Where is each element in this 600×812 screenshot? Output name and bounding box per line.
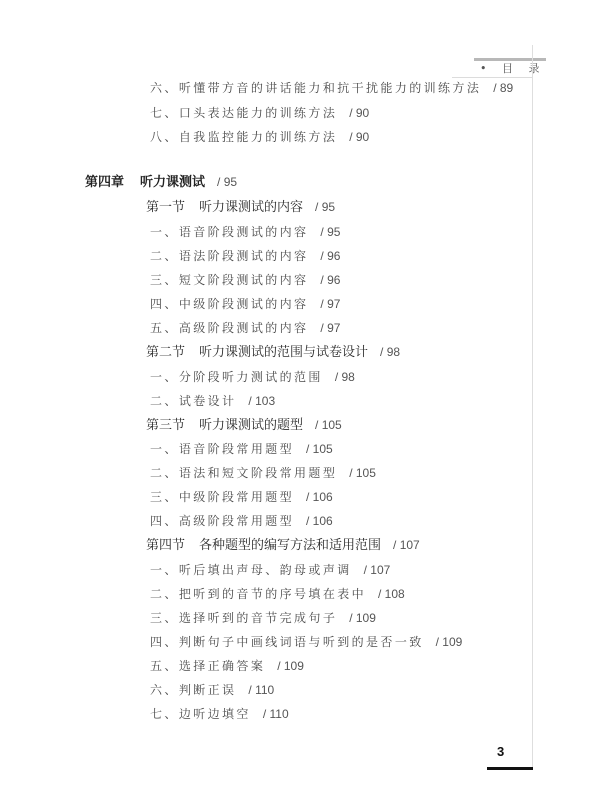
- toc-item-entry[interactable]: 三、短文阶段测试的内容/ 96: [150, 272, 340, 288]
- toc-entry-number: 四、: [150, 514, 179, 528]
- toc-entry-number: 第四节: [146, 538, 185, 553]
- toc-entry-page: / 95: [315, 200, 335, 214]
- toc-entry-number: 第三节: [146, 418, 185, 433]
- header-divider: [452, 77, 532, 78]
- toc-entry-number: 二、: [150, 249, 179, 263]
- toc-entry-number: 七、: [150, 707, 179, 721]
- toc-entry-number: 三、: [150, 611, 179, 625]
- toc-item-entry[interactable]: 六、听懂带方音的讲话能力和抗干扰能力的训练方法/ 89: [150, 80, 513, 96]
- toc-entry-number: 一、: [150, 370, 179, 384]
- toc-entry-number: 二、: [150, 394, 179, 408]
- toc-entry-page: / 98: [335, 370, 355, 384]
- toc-section-entry[interactable]: 第二节听力课测试的范围与试卷设计/ 98: [146, 344, 400, 361]
- toc-item-entry[interactable]: 一、分阶段听力测试的范围/ 98: [150, 369, 355, 385]
- toc-chapter-entry[interactable]: 第四章听力课测试/ 95: [85, 174, 237, 191]
- toc-entry-title: 语音阶段测试的内容: [179, 225, 309, 239]
- toc-entry-number: 五、: [150, 321, 179, 335]
- toc-entry-number: 二、: [150, 587, 179, 601]
- toc-entry-title: 听力课测试的范围与试卷设计: [199, 345, 368, 360]
- toc-item-entry[interactable]: 一、听后填出声母、韵母或声调/ 107: [150, 562, 390, 578]
- toc-entry-title: 试卷设计: [179, 394, 237, 408]
- toc-entry-number: 第四章: [85, 175, 124, 190]
- toc-entry-page: / 89: [493, 81, 513, 95]
- toc-entry-page: / 109: [349, 611, 376, 625]
- toc-item-entry[interactable]: 五、高级阶段测试的内容/ 97: [150, 320, 340, 336]
- toc-entry-number: 四、: [150, 635, 179, 649]
- toc-entry-title: 高级阶段常用题型: [179, 514, 294, 528]
- toc-entry-page: / 110: [248, 683, 274, 697]
- toc-entry-title: 语法阶段测试的内容: [179, 249, 309, 263]
- toc-item-entry[interactable]: 四、判断句子中画线词语与听到的是否一致/ 109: [150, 634, 462, 650]
- toc-entry-number: 六、: [150, 81, 179, 95]
- toc-entry-number: 四、: [150, 297, 179, 311]
- toc-entry-title: 高级阶段测试的内容: [179, 321, 309, 335]
- toc-entry-title: 判断正误: [179, 683, 237, 697]
- toc-entry-number: 六、: [150, 683, 179, 697]
- toc-entry-title: 听力课测试: [140, 175, 205, 190]
- toc-item-entry[interactable]: 八、自我监控能力的训练方法/ 90: [150, 129, 369, 145]
- toc-entry-number: 三、: [150, 273, 179, 287]
- toc-item-entry[interactable]: 三、选择听到的音节完成句子/ 109: [150, 610, 376, 626]
- toc-entry-title: 口头表达能力的训练方法: [179, 106, 337, 120]
- toc-entry-title: 语音阶段常用题型: [179, 442, 294, 456]
- toc-entry-title: 中级阶段测试的内容: [179, 297, 309, 311]
- toc-entry-page: / 107: [393, 538, 420, 552]
- toc-entry-number: 一、: [150, 442, 179, 456]
- toc-entry-page: / 105: [306, 442, 333, 456]
- toc-entry-title: 短文阶段测试的内容: [179, 273, 309, 287]
- toc-entry-page: / 105: [315, 418, 342, 432]
- toc-entry-page: / 110: [263, 707, 289, 721]
- toc-entry-number: 五、: [150, 659, 179, 673]
- toc-entry-page: / 106: [306, 490, 333, 504]
- toc-entry-number: 二、: [150, 466, 179, 480]
- toc-entry-number: 一、: [150, 225, 179, 239]
- toc-entry-title: 把听到的音节的序号填在表中: [179, 587, 366, 601]
- toc-entry-number: 第二节: [146, 345, 185, 360]
- toc-entry-title: 听懂带方音的讲话能力和抗干扰能力的训练方法: [179, 81, 481, 95]
- toc-entry-page: / 97: [320, 297, 340, 311]
- toc-entry-title: 语法和短文阶段常用题型: [179, 466, 337, 480]
- toc-item-entry[interactable]: 七、口头表达能力的训练方法/ 90: [150, 105, 369, 121]
- toc-item-entry[interactable]: 二、把听到的音节的序号填在表中/ 108: [150, 586, 405, 602]
- toc-entry-page: / 109: [436, 635, 463, 649]
- toc-entry-title: 自我监控能力的训练方法: [179, 130, 337, 144]
- toc-item-entry[interactable]: 二、语法阶段测试的内容/ 96: [150, 248, 340, 264]
- toc-entry-title: 听后填出声母、韵母或声调: [179, 563, 352, 577]
- toc-item-entry[interactable]: 四、高级阶段常用题型/ 106: [150, 513, 333, 529]
- page-number-underline: [487, 767, 533, 770]
- toc-entry-title: 边听边填空: [179, 707, 251, 721]
- running-header-title: • 目 录: [480, 60, 545, 76]
- toc-entry-number: 三、: [150, 490, 179, 504]
- page-number: 3: [497, 744, 504, 759]
- toc-entry-page: / 95: [320, 225, 340, 239]
- toc-entry-title: 听力课测试的内容: [199, 200, 303, 215]
- toc-item-entry[interactable]: 五、选择正确答案/ 109: [150, 658, 304, 674]
- toc-entry-page: / 107: [364, 563, 391, 577]
- toc-entry-page: / 90: [349, 130, 369, 144]
- toc-entry-page: / 96: [320, 273, 340, 287]
- toc-entry-page: / 106: [306, 514, 333, 528]
- toc-entry-number: 第一节: [146, 200, 185, 215]
- toc-entry-title: 各种题型的编写方法和适用范围: [199, 538, 381, 553]
- toc-entry-title: 听力课测试的题型: [199, 418, 303, 433]
- toc-entry-page: / 98: [380, 345, 400, 359]
- toc-item-entry[interactable]: 一、语音阶段常用题型/ 105: [150, 441, 333, 457]
- toc-item-entry[interactable]: 三、中级阶段常用题型/ 106: [150, 489, 333, 505]
- toc-entry-title: 分阶段听力测试的范围: [179, 370, 323, 384]
- toc-entry-page: / 96: [320, 249, 340, 263]
- toc-section-entry[interactable]: 第四节各种题型的编写方法和适用范围/ 107: [146, 537, 420, 554]
- toc-entry-page: / 108: [378, 587, 405, 601]
- toc-entry-title: 选择听到的音节完成句子: [179, 611, 337, 625]
- toc-entry-number: 七、: [150, 106, 179, 120]
- toc-item-entry[interactable]: 二、语法和短文阶段常用题型/ 105: [150, 465, 376, 481]
- toc-item-entry[interactable]: 六、判断正误/ 110: [150, 682, 274, 698]
- toc-item-entry[interactable]: 七、边听边填空/ 110: [150, 706, 289, 722]
- toc-entry-number: 一、: [150, 563, 179, 577]
- toc-item-entry[interactable]: 一、语音阶段测试的内容/ 95: [150, 224, 340, 240]
- toc-entry-page: / 97: [320, 321, 340, 335]
- toc-item-entry[interactable]: 二、试卷设计/ 103: [150, 393, 275, 409]
- toc-entry-title: 判断句子中画线词语与听到的是否一致: [179, 635, 424, 649]
- toc-entry-title: 中级阶段常用题型: [179, 490, 294, 504]
- toc-entry-page: / 105: [349, 466, 376, 480]
- toc-entry-page: / 103: [248, 394, 275, 408]
- toc-item-entry[interactable]: 四、中级阶段测试的内容/ 97: [150, 296, 340, 312]
- toc-entry-page: / 109: [277, 659, 304, 673]
- toc-entry-page: / 95: [217, 175, 237, 189]
- toc-entry-title: 选择正确答案: [179, 659, 265, 673]
- margin-vertical-rule: [532, 45, 533, 767]
- toc-entry-page: / 90: [349, 106, 369, 120]
- toc-entry-number: 八、: [150, 130, 179, 144]
- toc-section-entry[interactable]: 第三节听力课测试的题型/ 105: [146, 417, 342, 434]
- toc-section-entry[interactable]: 第一节听力课测试的内容/ 95: [146, 199, 335, 216]
